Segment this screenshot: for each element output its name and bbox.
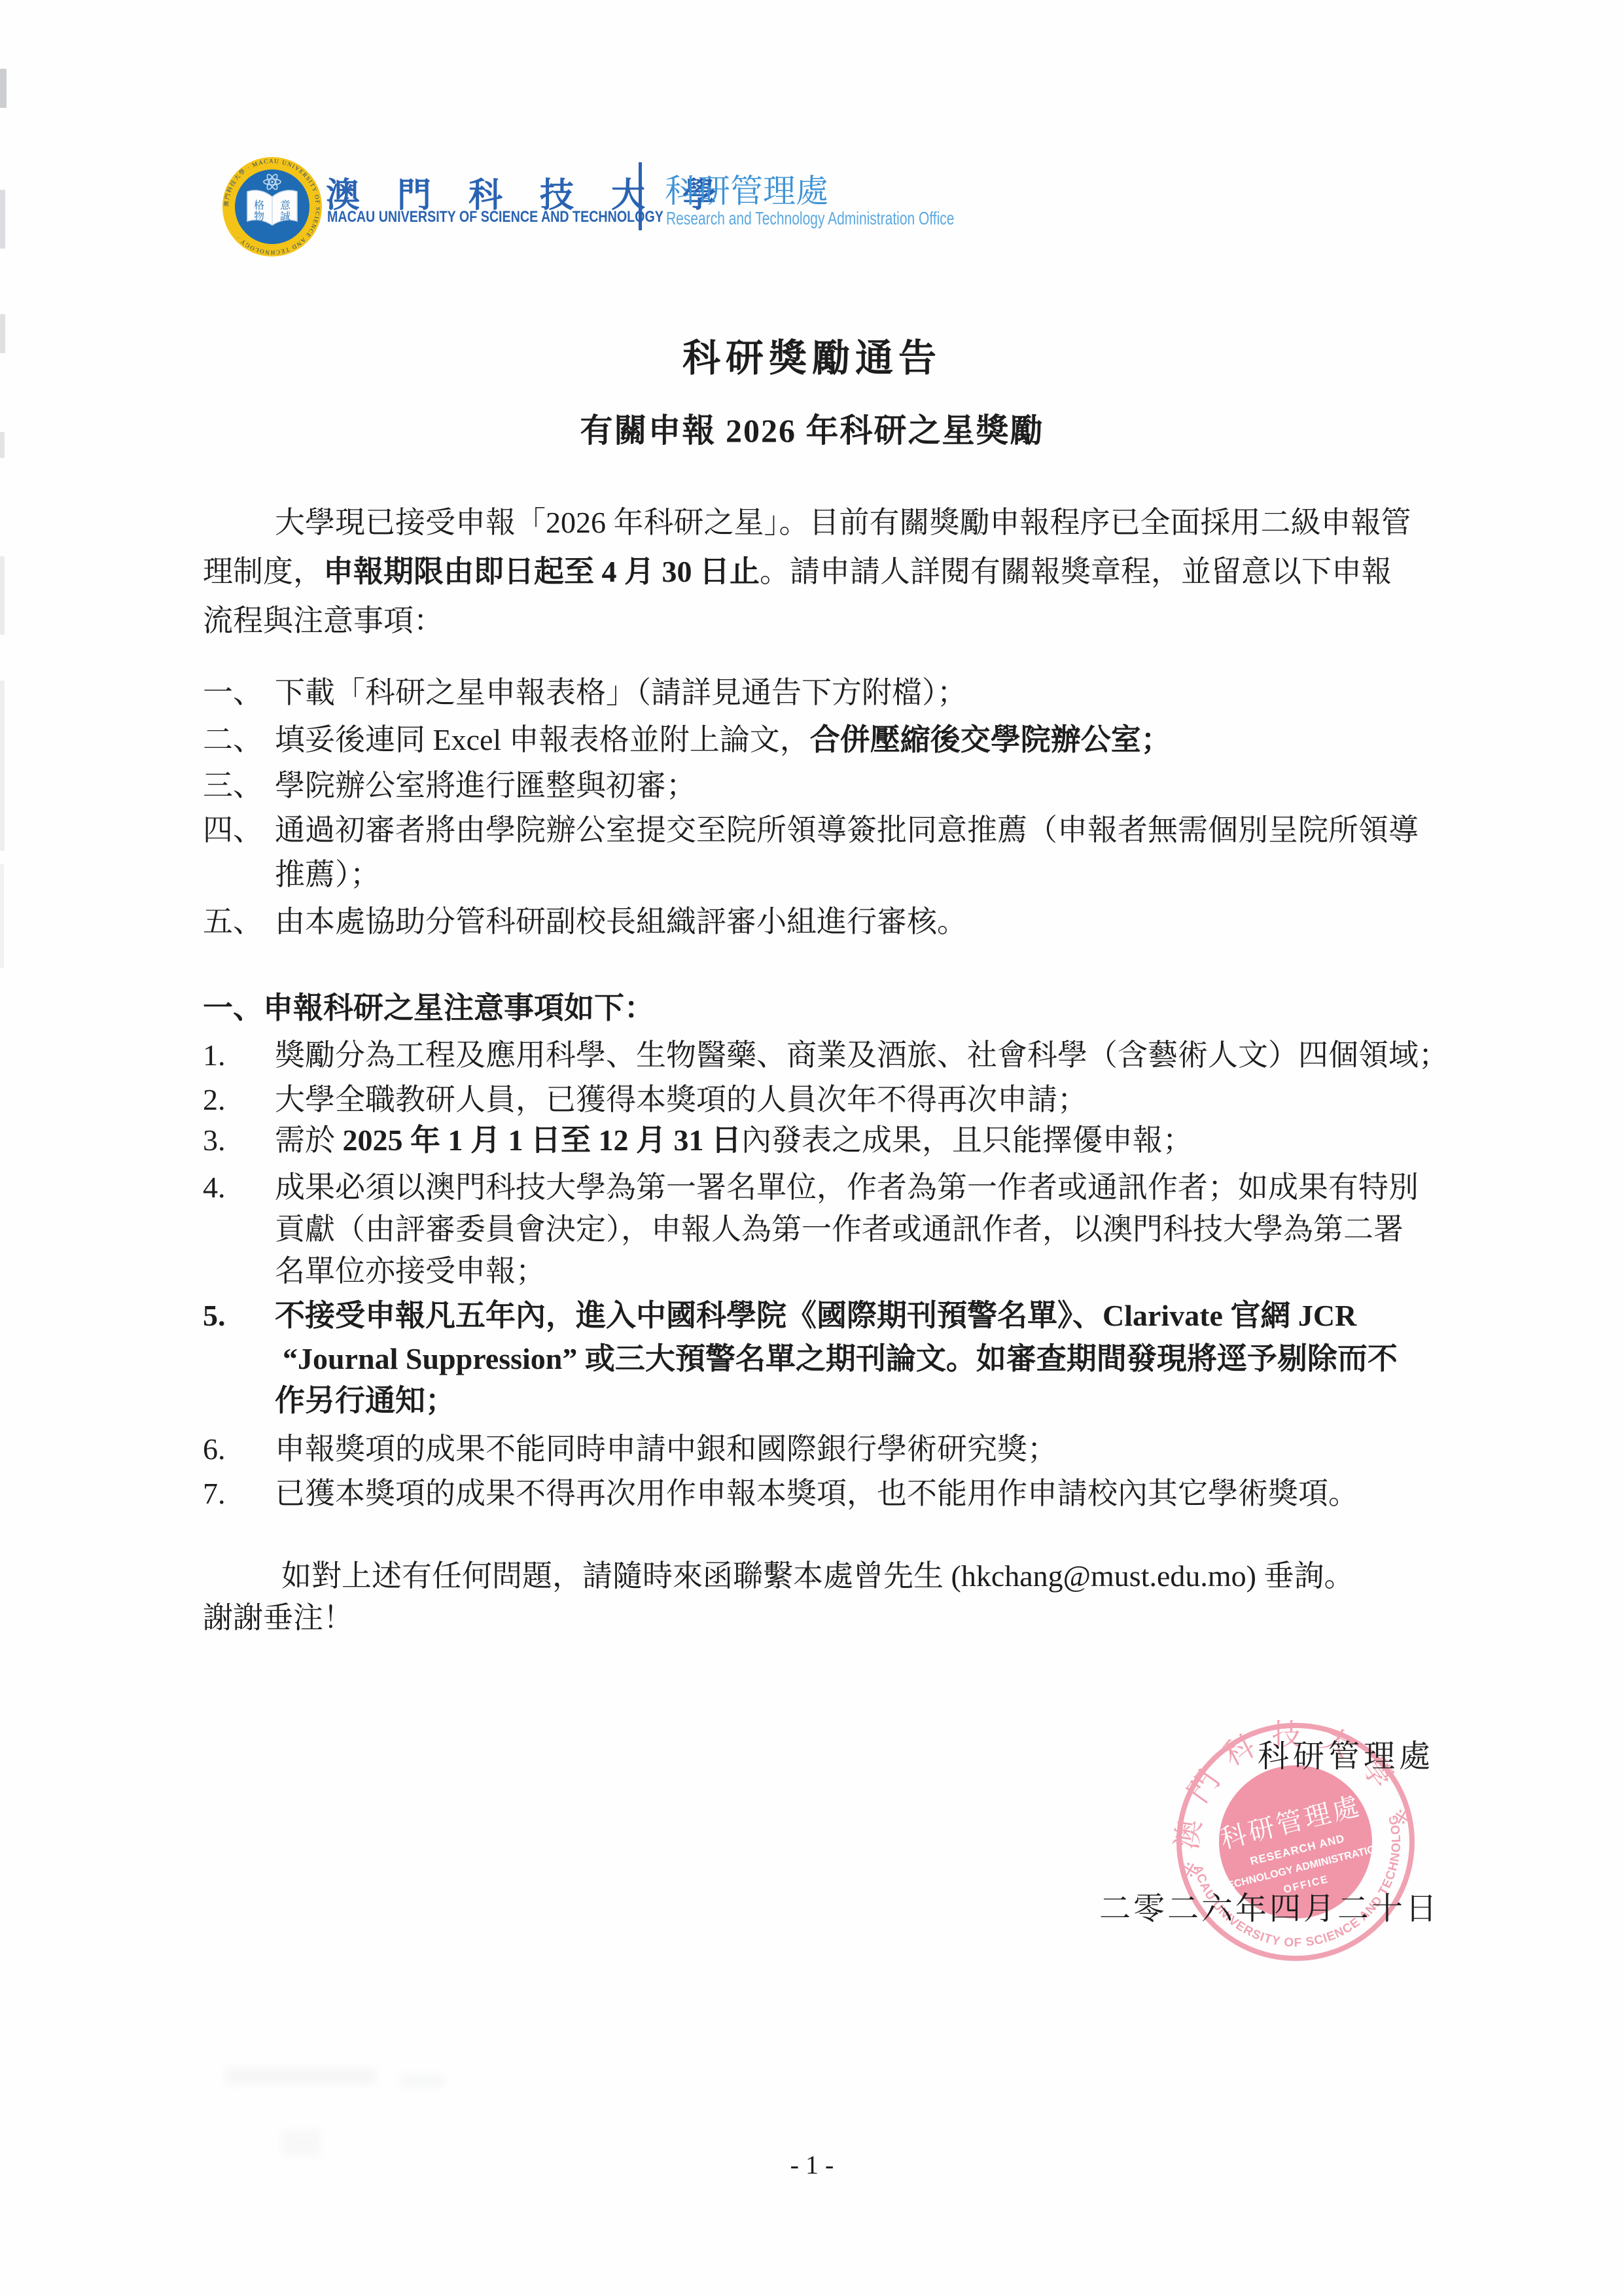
office-name-zh: 科研管理處 xyxy=(665,165,828,212)
header-divider xyxy=(639,162,642,230)
step-item-3: 三、學院辦公室將進行匯整與初審； xyxy=(203,767,696,805)
note-item-7: 7.已獲本獎項的成果不得再次用作申報本獎項，也不能用作申請校內其它學術獎項。 xyxy=(203,1475,1358,1513)
step-item-5: 五、由本處協助分管科研副校長組織評審小組進行審核。 xyxy=(203,903,967,941)
page-number: - 1 - xyxy=(0,2149,1624,2180)
logo-motto-char: 意 xyxy=(280,200,291,211)
intro-line: 流程與注意事項： xyxy=(203,602,444,640)
office-name-en: Research and Technology Administration O… xyxy=(666,208,1050,229)
logo-motto-char: 格 xyxy=(254,200,264,211)
note-item-5: 5.不接受申報凡五年內，進入中國科學院《國際期刊預警名單》、Clarivate … xyxy=(203,1297,1356,1335)
step-item-2: 二、填妥後連同 Excel 申報表格並附上論文，合併壓縮後交學院辦公室； xyxy=(203,721,1171,759)
note-item-5-cont: 作另行通知； xyxy=(275,1382,455,1420)
note-item-2: 2.大學全職教研人員，已獲得本獎項的人員次年不得再次申請； xyxy=(203,1081,1087,1119)
step-item-4-cont: 推薦）； xyxy=(275,856,380,894)
intro-line: 大學現已接受申報「2026 年科研之星」。目前有關獎勵申報程序已全面採用二級申報… xyxy=(275,504,1411,542)
closing-line: 謝謝垂注！ xyxy=(203,1599,353,1637)
note-item-3: 3.需於 2025 年 1 月 1 日至 12 月 31 日內發表之成果，且只能… xyxy=(203,1122,1193,1159)
step-item-4: 四、通過初審者將由學院辦公室提交至院所領導簽批同意推薦（申報者無需個別呈院所領導 xyxy=(203,811,1419,849)
logo-motto-char: 物 xyxy=(254,211,264,222)
scanned-notice-page: 澳門科技大學 · MACAU UNIVERSITY OF SCIENCE AND… xyxy=(0,0,1624,2296)
note-item-6: 6.申報獎項的成果不能同時申請中銀和國際銀行學術研究獎； xyxy=(203,1430,1057,1468)
logo-motto-char: 誠 xyxy=(280,211,291,222)
scan-artifact xyxy=(0,556,5,635)
intro-line: 理制度，申報期限由即日起至 4 月 30 日止。請申請人詳閱有關報獎章程，並留意… xyxy=(203,553,1392,591)
scan-artifact xyxy=(0,69,7,108)
note-item-4-cont: 名單位亦接受申報； xyxy=(275,1252,546,1290)
scan-artifact xyxy=(0,190,5,249)
scan-artifact xyxy=(0,864,4,968)
scan-smudge xyxy=(226,2068,376,2085)
note-item-5-cont: “Journal Suppression” 或三大預警名單之期刊論文。如審查期間… xyxy=(283,1340,1398,1378)
note-item-4-cont: 貢獻（由評審委員會決定），申報人為第一作者或通訊作者，以澳門科技大學為第二署 xyxy=(275,1210,1403,1248)
closing-line: 如對上述有任何問題，請隨時來函聯繫本處曾先生 (hkchang@must.edu… xyxy=(281,1557,1354,1595)
note-item-4: 4.成果必須以澳門科技大學為第一署名單位，作者為第一作者或通訊作者；如成果有特別 xyxy=(203,1169,1419,1207)
scan-artifact xyxy=(0,680,5,851)
notice-title: 科研獎勵通告 xyxy=(0,327,1624,382)
notice-subtitle: 有關申報 2026 年科研之星獎勵 xyxy=(0,404,1624,451)
notes-heading: 一、申報科研之星注意事項如下： xyxy=(203,989,654,1027)
step-item-1: 一、下載「科研之星申報表格」（請詳見通告下方附檔）； xyxy=(203,674,967,712)
university-logo: 澳門科技大學 · MACAU UNIVERSITY OF SCIENCE AND… xyxy=(221,156,323,258)
scan-smudge xyxy=(399,2074,445,2087)
signoff-date: 二零二六年四月二十日 xyxy=(1099,1890,1439,1929)
signoff-office: 科研管理處 xyxy=(1258,1737,1434,1776)
note-item-1: 1.獎勵分為工程及應用科學、生物醫藥、商業及酒旅、社會科學（含藝術人文）四個領域… xyxy=(203,1036,1449,1074)
